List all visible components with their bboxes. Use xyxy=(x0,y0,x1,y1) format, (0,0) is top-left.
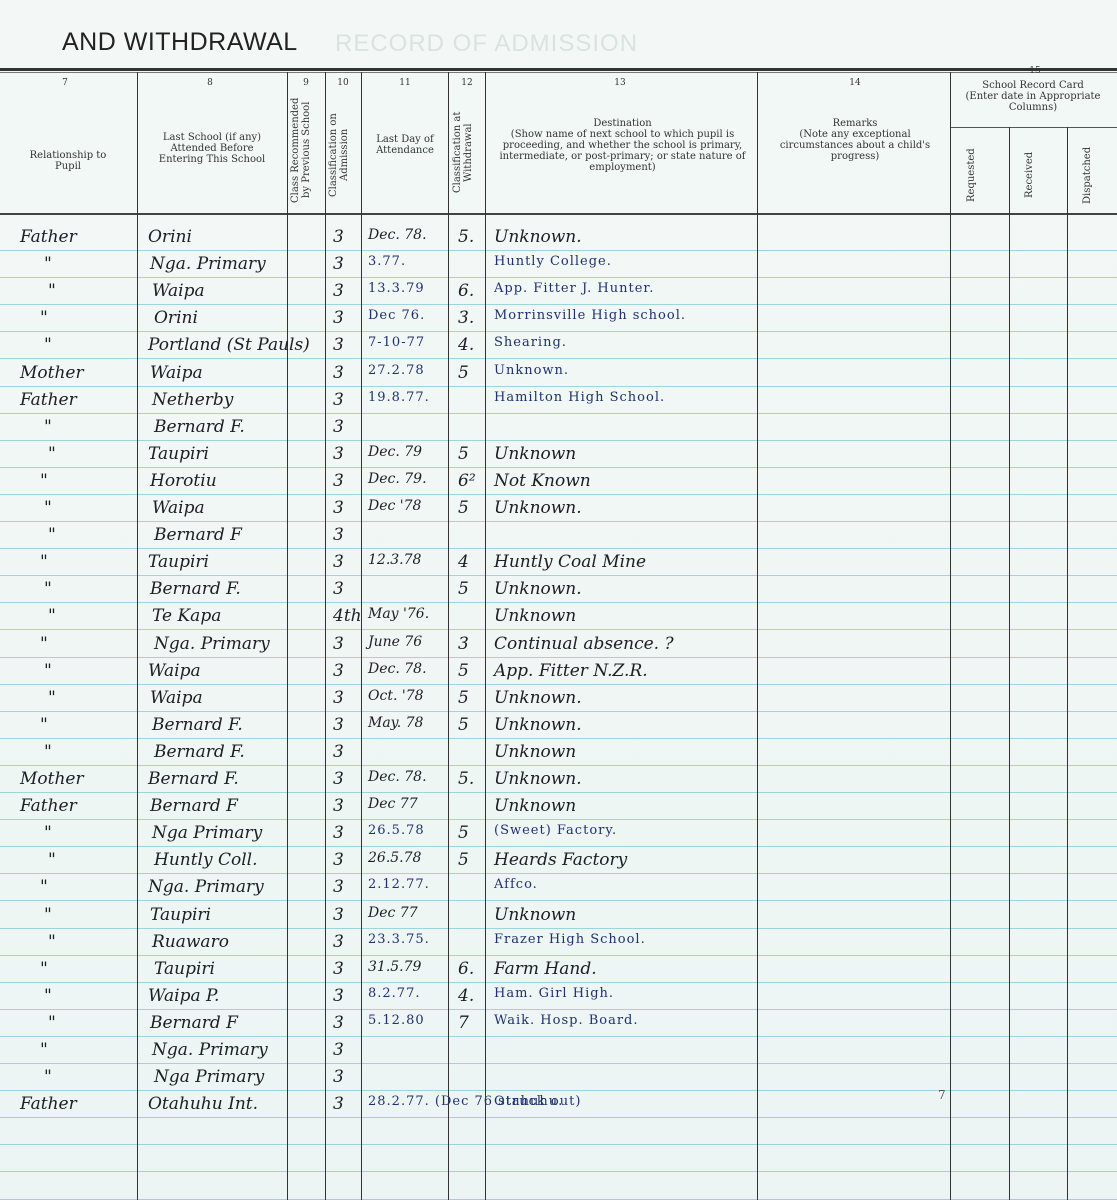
destination-cell: Heards Factory xyxy=(494,850,627,870)
last-day-cell: 7-10-77 xyxy=(368,335,425,350)
admission-class-cell: 3 xyxy=(333,308,344,328)
last-day-cell: 26.5.78 xyxy=(368,823,425,838)
destination-cell: Unknown. xyxy=(494,579,582,599)
withdrawal-class-cell: 5 xyxy=(458,661,469,681)
last-day-cell: Dec. 78. xyxy=(368,661,427,677)
last-school-cell: Orini xyxy=(148,227,192,247)
last-school-cell: Horotiu xyxy=(150,471,217,491)
withdrawal-class-cell: 5 xyxy=(458,823,469,843)
destination-cell: Unknown xyxy=(494,796,576,816)
last-school-cell: Waipa xyxy=(152,281,205,301)
col-num-13: 13 xyxy=(595,78,645,88)
relationship-cell: " xyxy=(48,525,56,545)
last-school-cell: Ruawaro xyxy=(152,932,229,952)
relationship-cell: " xyxy=(48,688,56,708)
last-school-cell: Waipa xyxy=(148,661,201,681)
destination-cell: Unknown. xyxy=(494,688,582,708)
last-school-cell: Orini xyxy=(154,308,198,328)
header-requested: Requested xyxy=(966,140,996,210)
last-school-cell: Nga. Primary xyxy=(154,634,270,654)
admission-class-cell: 4th xyxy=(333,606,362,626)
stray-mark: 7 xyxy=(938,1088,946,1102)
last-school-cell: Bernard F. xyxy=(154,742,245,762)
relationship-cell: " xyxy=(44,742,52,762)
withdrawal-class-cell: 5 xyxy=(458,850,469,870)
withdrawal-class-cell: 5 xyxy=(458,363,469,383)
destination-cell: Hamilton High School. xyxy=(494,390,665,405)
last-day-cell: 23.3.75. xyxy=(368,932,430,947)
relationship-cell: " xyxy=(40,715,48,735)
last-day-cell: Dec 76. xyxy=(368,308,425,323)
last-day-cell: 5.12.80 xyxy=(368,1013,425,1028)
destination-cell: Ham. Girl High. xyxy=(494,986,614,1001)
header-classification-admission: Classification on Admission xyxy=(328,100,358,210)
destination-cell: (Sweet) Factory. xyxy=(494,823,617,838)
destination-cell: Huntly College. xyxy=(494,254,612,269)
last-school-cell: Taupiri xyxy=(154,959,215,979)
admission-class-cell: 3 xyxy=(333,688,344,708)
admission-class-cell: 3 xyxy=(333,444,344,464)
last-day-cell: 3.77. xyxy=(368,254,406,269)
page-title: AND WITHDRAWAL xyxy=(62,28,298,57)
destination-cell: Farm Hand. xyxy=(494,959,597,979)
admission-class-cell: 3 xyxy=(333,742,344,762)
withdrawal-class-cell: 4. xyxy=(458,986,474,1006)
header-classification-withdrawal: Classification at Withdrawal xyxy=(452,95,482,210)
last-day-cell: 31.5.79 xyxy=(368,959,421,975)
relationship-cell: " xyxy=(40,959,48,979)
destination-cell: Unknown. xyxy=(494,769,582,789)
last-day-cell: Dec. 79. xyxy=(368,471,427,487)
withdrawal-class-cell: 7 xyxy=(458,1013,469,1033)
last-school-cell: Waipa P. xyxy=(148,986,219,1006)
last-school-cell: Nga Primary xyxy=(154,1067,264,1087)
admission-class-cell: 3 xyxy=(333,579,344,599)
destination-cell: Morrinsville High school. xyxy=(494,308,686,323)
admission-class-cell: 3 xyxy=(333,335,344,355)
relationship-cell: " xyxy=(44,254,52,274)
withdrawal-class-cell: 5. xyxy=(458,227,474,247)
last-school-cell: Portland (St Pauls) xyxy=(148,335,310,355)
destination-cell: Unknown xyxy=(494,905,576,925)
admission-class-cell: 3 xyxy=(333,715,344,735)
record-card-subrule xyxy=(950,127,1117,128)
last-school-cell: Bernard F xyxy=(154,525,242,545)
last-school-cell: Nga. Primary xyxy=(150,254,266,274)
admission-class-cell: 3 xyxy=(333,552,344,572)
relationship-cell: Mother xyxy=(20,363,84,383)
admission-class-cell: 3 xyxy=(333,1094,344,1114)
last-school-cell: Bernard F xyxy=(150,796,238,816)
destination-cell: Unknown. xyxy=(494,715,582,735)
last-school-cell: Taupiri xyxy=(148,444,209,464)
top-rule xyxy=(0,68,1117,71)
col-divider xyxy=(1009,127,1010,1200)
destination-cell: Unknown xyxy=(494,742,576,762)
header-remarks-note: (Note any exceptional circumstances abou… xyxy=(775,129,935,162)
relationship-cell: " xyxy=(48,850,56,870)
col-num-9: 9 xyxy=(290,78,322,88)
admission-class-cell: 3 xyxy=(333,363,344,383)
header-last-day: Last Day of Attendance xyxy=(370,134,440,156)
relationship-cell: " xyxy=(44,661,52,681)
admission-class-cell: 3 xyxy=(333,1013,344,1033)
last-day-cell: 12.3.78 xyxy=(368,552,421,568)
last-school-cell: Bernard F. xyxy=(148,769,239,789)
destination-cell: Unknown xyxy=(494,606,576,626)
header-dispatched: Dispatched xyxy=(1082,140,1112,210)
destination-cell: Unknown. xyxy=(494,498,582,518)
relationship-cell: " xyxy=(48,281,56,301)
last-day-cell: Dec 77 xyxy=(368,796,418,812)
admission-class-cell: 3 xyxy=(333,498,344,518)
relationship-cell: " xyxy=(44,579,52,599)
admission-class-cell: 3 xyxy=(333,986,344,1006)
col-num-8: 8 xyxy=(185,78,235,88)
destination-cell: Not Known xyxy=(494,471,591,491)
header-destination-title: Destination xyxy=(495,118,750,129)
destination-cell: Huntly Coal Mine xyxy=(494,552,646,572)
relationship-cell: " xyxy=(48,606,56,626)
last-day-cell: 19.8.77. xyxy=(368,390,430,405)
col-divider xyxy=(287,72,288,1200)
admission-class-cell: 3 xyxy=(333,1067,344,1087)
last-school-cell: Bernard F. xyxy=(154,417,245,437)
admission-class-cell: 3 xyxy=(333,281,344,301)
relationship-cell: " xyxy=(44,986,52,1006)
header-record-card-title: School Record Card xyxy=(958,80,1108,91)
destination-cell: Unknown xyxy=(494,444,576,464)
withdrawal-class-cell: 6. xyxy=(458,959,474,979)
last-school-cell: Waipa xyxy=(150,688,203,708)
admission-class-cell: 3 xyxy=(333,661,344,681)
relationship-cell: " xyxy=(44,335,52,355)
bleed-through-title: RECORD OF ADMISSION xyxy=(335,30,638,58)
relationship-cell: " xyxy=(40,308,48,328)
col-num-15: 15 xyxy=(1010,66,1060,76)
admission-class-cell: 3 xyxy=(333,254,344,274)
col-divider xyxy=(757,72,758,1200)
withdrawal-class-cell: 5 xyxy=(458,688,469,708)
last-school-cell: Netherby xyxy=(152,390,233,410)
withdrawal-class-cell: 6. xyxy=(458,281,474,301)
last-school-cell: Nga. Primary xyxy=(148,877,264,897)
admission-class-cell: 3 xyxy=(333,932,344,952)
admission-class-cell: 3 xyxy=(333,1040,344,1060)
destination-cell: Shearing. xyxy=(494,335,567,350)
last-day-cell: Dec. 78. xyxy=(368,769,427,785)
last-day-cell: 26.5.78 xyxy=(368,850,421,866)
destination-cell: Unknown. xyxy=(494,227,582,247)
relationship-cell: " xyxy=(44,417,52,437)
header-last-school: Last School (if any) Attended Before Ent… xyxy=(148,132,276,165)
col-num-10: 10 xyxy=(326,78,360,88)
admission-class-cell: 3 xyxy=(333,850,344,870)
last-school-cell: Bernard F. xyxy=(152,715,243,735)
relationship-cell: Father xyxy=(20,796,77,816)
destination-cell: Unknown. xyxy=(494,363,569,378)
last-school-cell: Bernard F. xyxy=(150,579,241,599)
last-school-cell: Otahuhu Int. xyxy=(148,1094,258,1114)
last-day-cell: 2.12.77. xyxy=(368,877,430,892)
header-destination-note: (Show name of next school to which pupil… xyxy=(495,129,750,173)
relationship-cell: " xyxy=(40,634,48,654)
col-num-11: 11 xyxy=(380,78,430,88)
last-day-cell: Oct. '78 xyxy=(368,688,424,704)
withdrawal-class-cell: 5 xyxy=(458,579,469,599)
destination-cell: App. Fitter N.Z.R. xyxy=(494,661,648,681)
last-day-cell: Dec '78 xyxy=(368,498,421,514)
last-day-cell: 13.3.79 xyxy=(368,281,425,296)
last-day-cell: Dec. 79 xyxy=(368,444,422,460)
header-destination: Destination (Show name of next school to… xyxy=(495,118,750,173)
destination-cell: Waik. Hosp. Board. xyxy=(494,1013,639,1028)
last-school-cell: Nga Primary xyxy=(152,823,262,843)
withdrawal-class-cell: 5 xyxy=(458,715,469,735)
col-divider xyxy=(137,72,138,1200)
relationship-cell: " xyxy=(40,552,48,572)
relationship-cell: " xyxy=(48,444,56,464)
admission-class-cell: 3 xyxy=(333,525,344,545)
admission-class-cell: 3 xyxy=(333,877,344,897)
last-day-cell: Dec 77 xyxy=(368,905,418,921)
relationship-cell: " xyxy=(44,1067,52,1087)
col-num-14: 14 xyxy=(830,78,880,88)
col-divider xyxy=(950,72,951,1200)
admission-class-cell: 3 xyxy=(333,227,344,247)
withdrawal-class-cell: 5 xyxy=(458,498,469,518)
admission-class-cell: 3 xyxy=(333,471,344,491)
relationship-cell: " xyxy=(48,1013,56,1033)
destination-cell: Continual absence. ? xyxy=(494,634,674,654)
admission-class-cell: 3 xyxy=(333,417,344,437)
last-school-cell: Taupiri xyxy=(148,552,209,572)
relationship-cell: " xyxy=(48,932,56,952)
withdrawal-class-cell: 4 xyxy=(458,552,469,572)
relationship-cell: " xyxy=(44,905,52,925)
withdrawal-class-cell: 6² xyxy=(458,471,476,491)
header-received: Received xyxy=(1024,140,1054,210)
relationship-cell: Father xyxy=(20,390,77,410)
col-divider xyxy=(485,72,486,1200)
admission-class-cell: 3 xyxy=(333,959,344,979)
header-class-recommended: Class Recommended by Previous School xyxy=(290,90,322,210)
last-day-cell: 27.2.78 xyxy=(368,363,425,378)
withdrawal-class-cell: 5 xyxy=(458,444,469,464)
relationship-cell: Father xyxy=(20,227,77,247)
destination-cell: App. Fitter J. Hunter. xyxy=(494,281,654,296)
col-divider xyxy=(1067,127,1068,1200)
last-school-cell: Huntly Coll. xyxy=(154,850,258,870)
ledger-page: RECORD OF ADMISSION AND WITHDRAWAL 7 8 9… xyxy=(0,0,1117,1200)
relationship-cell: " xyxy=(40,877,48,897)
last-day-cell: 8.2.77. xyxy=(368,986,420,1001)
admission-class-cell: 3 xyxy=(333,769,344,789)
header-record-card: School Record Card (Enter date in Approp… xyxy=(958,80,1108,113)
last-school-cell: Waipa xyxy=(150,363,203,383)
last-school-cell: Te Kapa xyxy=(152,606,221,626)
last-school-cell: Taupiri xyxy=(150,905,211,925)
relationship-cell: Mother xyxy=(20,769,84,789)
destination-cell: Affco. xyxy=(494,877,538,892)
col-num-7: 7 xyxy=(40,78,90,88)
withdrawal-class-cell: 4. xyxy=(458,335,474,355)
relationship-cell: " xyxy=(44,823,52,843)
col-divider xyxy=(448,72,449,1200)
col-divider xyxy=(325,72,326,1200)
header-record-card-note: (Enter date in Appropriate Columns) xyxy=(958,91,1108,113)
last-day-cell: Dec. 78. xyxy=(368,227,427,243)
relationship-cell: " xyxy=(40,471,48,491)
withdrawal-class-cell: 5. xyxy=(458,769,474,789)
relationship-cell: " xyxy=(40,1040,48,1060)
destination-cell: Frazer High School. xyxy=(494,932,646,947)
last-day-cell: May. 78 xyxy=(368,715,423,731)
admission-class-cell: 3 xyxy=(333,634,344,654)
withdrawal-class-cell: 3 xyxy=(458,634,469,654)
destination-cell: Otahuhu. xyxy=(494,1094,563,1109)
last-day-cell: May '76. xyxy=(368,606,429,622)
col-num-12: 12 xyxy=(450,78,484,88)
admission-class-cell: 3 xyxy=(333,390,344,410)
admission-class-cell: 3 xyxy=(333,905,344,925)
last-school-cell: Bernard F xyxy=(150,1013,238,1033)
header-relationship: Relationship to Pupil xyxy=(18,150,118,172)
relationship-cell: Father xyxy=(20,1094,77,1114)
last-school-cell: Waipa xyxy=(152,498,205,518)
last-day-cell: June 76 xyxy=(368,634,422,650)
col-divider xyxy=(361,72,362,1200)
admission-class-cell: 3 xyxy=(333,796,344,816)
header-remarks-title: Remarks xyxy=(775,118,935,129)
last-school-cell: Nga. Primary xyxy=(152,1040,268,1060)
relationship-cell: " xyxy=(44,498,52,518)
withdrawal-class-cell: 3. xyxy=(458,308,474,328)
admission-class-cell: 3 xyxy=(333,823,344,843)
header-remarks: Remarks (Note any exceptional circumstan… xyxy=(775,118,935,162)
